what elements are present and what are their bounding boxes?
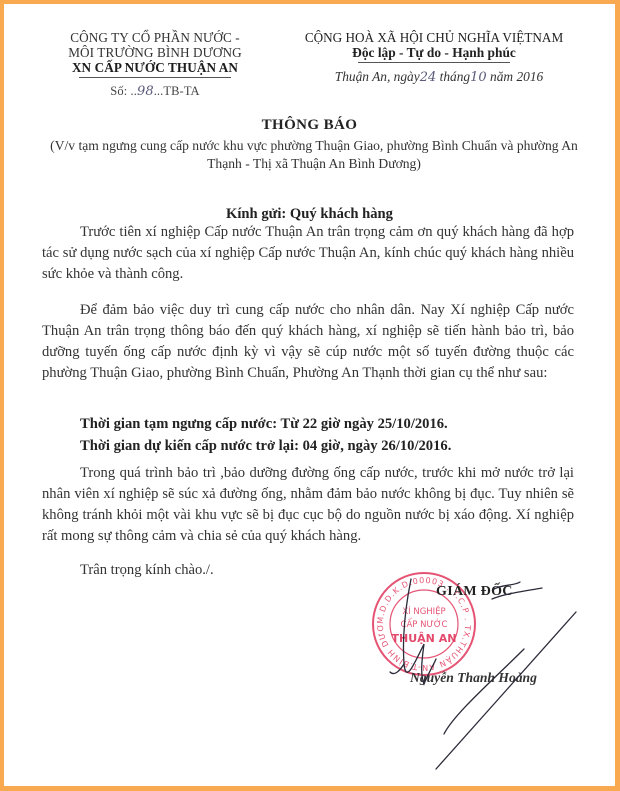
svg-text:XÍ NGHIỆP: XÍ NGHIỆP	[402, 605, 445, 617]
signer-position: GIÁM ĐỐC	[436, 584, 513, 600]
suspend-time: Thời gian tạm ngưng cấp nước: Từ 22 giờ …	[80, 416, 448, 433]
document-title: THÔNG BÁO	[4, 117, 615, 134]
paragraph-intro: Trước tiên xí nghiệp Cấp nước Thuận An t…	[42, 222, 574, 285]
svg-text:THUẬN AN: THUẬN AN	[392, 632, 457, 645]
handwritten-number: 98	[137, 84, 154, 99]
document-date: Thuận An, ngày24 tháng10 năm 2016	[276, 69, 592, 85]
header-divider	[79, 77, 231, 78]
national-motto: Độc lập - Tự do - Hạnh phúc	[276, 45, 592, 60]
nation-name: CỘNG HOÀ XÃ HỘI CHỦ NGHĨA VIỆTNAM	[276, 30, 592, 45]
paragraph-notice: Để đảm bảo việc duy trì cung cấp nước ch…	[42, 300, 574, 384]
closing-line: Trân trọng kính chào./.	[80, 562, 214, 579]
org-line-1: CÔNG TY CỔ PHẦN NƯỚC -	[46, 30, 264, 45]
greeting: Kính gửi: Quý khách hàng	[4, 206, 615, 223]
handwritten-day: 24	[420, 70, 437, 85]
resume-time: Thời gian dự kiến cấp nước trở lại: 04 g…	[80, 438, 451, 455]
issuer-header: CÔNG TY CỔ PHẦN NƯỚC - MÔI TRƯỜNG BÌNH D…	[46, 30, 264, 99]
signer-name: Nguyễn Thanh Hoàng	[410, 670, 537, 686]
handwritten-month: 10	[470, 70, 487, 85]
svg-text:CẤP NƯỚC: CẤP NƯỚC	[401, 618, 448, 630]
document-page: CÔNG TY CỔ PHẦN NƯỚC - MÔI TRƯỜNG BÌNH D…	[4, 4, 615, 786]
national-header: CỘNG HOÀ XÃ HỘI CHỦ NGHĨA VIỆTNAM Độc lậ…	[276, 30, 592, 85]
paragraph-apology: Trong quá trình bảo trì ,bảo dưỡng đường…	[42, 463, 574, 547]
document-subject: (V/v tạm ngưng cung cấp nước khu vực phư…	[44, 137, 584, 173]
motto-divider	[358, 62, 510, 63]
document-number: Số: ..98...TB-TA	[46, 84, 264, 99]
org-line-2: MÔI TRƯỜNG BÌNH DƯƠNG	[46, 45, 264, 60]
issuing-unit: XN CẤP NƯỚC THUẬN AN	[46, 60, 264, 75]
